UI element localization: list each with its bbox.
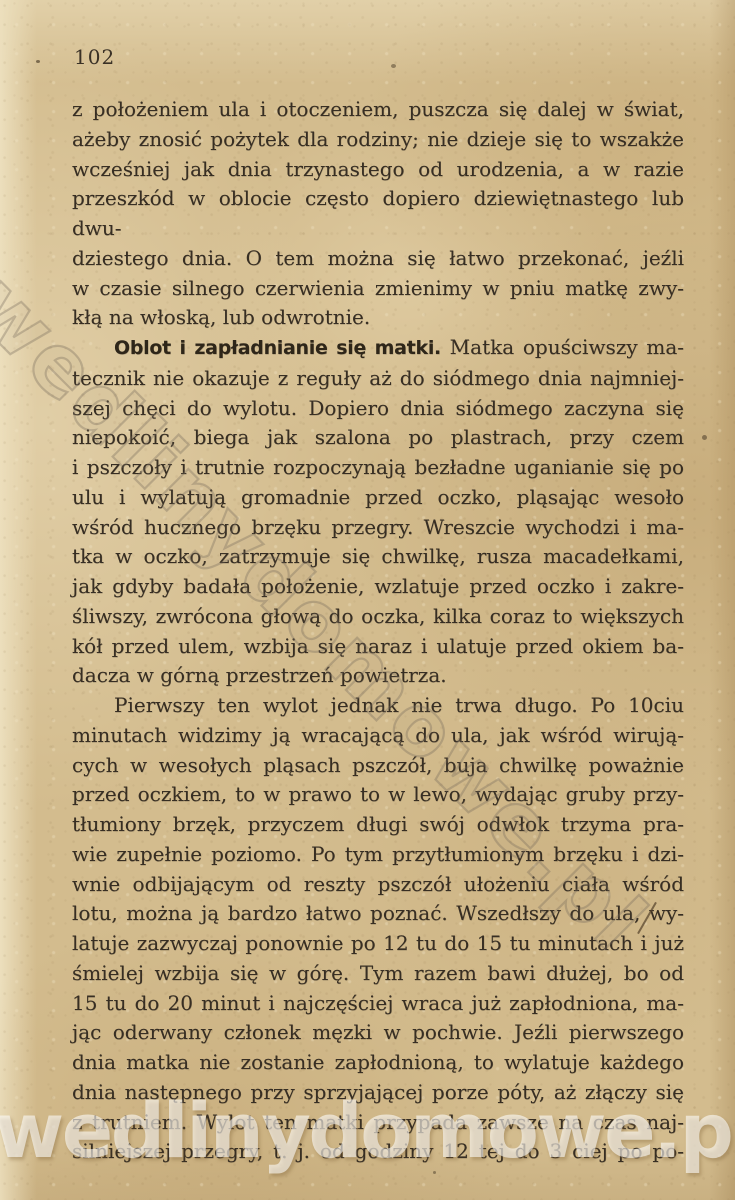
- text-line: wcześniej jak dnia trzynastego od urodze…: [72, 155, 684, 185]
- text-line: dziestego dnia. O tem można się łatwo pr…: [72, 244, 684, 274]
- text-line: z trutniem. Wylot ten matki przypada zaw…: [72, 1108, 684, 1138]
- text-line: silniejszej przegry, t. j. od godziny 12…: [72, 1137, 684, 1167]
- text-line: i pszczoły i trutnie rozpoczynają bezład…: [72, 453, 684, 483]
- text-line: jak gdyby badała położenie, wzlatuje prz…: [72, 572, 684, 602]
- paper-speck: [702, 435, 707, 440]
- text-line: dnia matka nie zostanie zapłodnioną, to …: [72, 1048, 684, 1078]
- text-line: przed oczkiem, to w prawo to w lewo, wyd…: [72, 780, 684, 810]
- text-column: z położeniem ula i otoczeniem, puszcza s…: [72, 95, 684, 1167]
- paper-speck: [433, 1171, 436, 1174]
- text-line: dacza w górną przestrzeń powietrza.: [72, 661, 684, 691]
- text-line: z położeniem ula i otoczeniem, puszcza s…: [72, 95, 684, 125]
- text-line: Oblot i zapładnianie się matki. Matka op…: [72, 333, 684, 364]
- text-line: śliwszy, zwrócona głową do oczka, kilka …: [72, 602, 684, 632]
- text-line: lotu, można ją bardzo łatwo poznać. Wsze…: [72, 899, 684, 929]
- text-line: minutach widzimy ją wracającą do ula, ja…: [72, 721, 684, 751]
- paragraph: Pierwszy ten wylot jednak nie trwa długo…: [72, 691, 684, 1167]
- text-line: tka w oczko, zatrzymuje się chwilkę, rus…: [72, 542, 684, 572]
- text-line: tłumiony brzęk, przyczem długi swój odwł…: [72, 810, 684, 840]
- text-line: cych w wesołych pląsach pszczół, buja ch…: [72, 751, 684, 781]
- text-line: dnia następnego przy sprzyjającej porze …: [72, 1078, 684, 1108]
- text-line: latuje zazwyczaj ponownie po 12 tu do 15…: [72, 929, 684, 959]
- section-heading: Oblot i zapładnianie się matki.: [114, 337, 441, 359]
- text-line: kłą na włoską, lub odwrotnie.: [72, 303, 684, 333]
- text-line: Pierwszy ten wylot jednak nie trwa długo…: [72, 691, 684, 721]
- text-line: ażeby znosić pożytek dla rodziny; nie dz…: [72, 125, 684, 155]
- scanned-book-page: 102 z położeniem ula i otoczeniem, puszc…: [0, 0, 735, 1200]
- text-line: szej chęci do wylotu. Dopiero dnia siódm…: [72, 394, 684, 424]
- text-line: niepokoić, biega jak szalona po plastrac…: [72, 423, 684, 453]
- text-line: tecznik nie okazuje z reguły aż do siódm…: [72, 364, 684, 394]
- text-line: wśród hucznego brzęku przegry. Wreszcie …: [72, 513, 684, 543]
- text-line: ulu i wylatują gromadnie przed oczko, pl…: [72, 483, 684, 513]
- paper-speck: [36, 60, 40, 63]
- text-line: w czasie silnego czerwienia zmienimy w p…: [72, 274, 684, 304]
- text-line: 15 tu do 20 minut i najczęściej wraca ju…: [72, 989, 684, 1019]
- text-line: jąc oderwany członek męzki w pochwie. Je…: [72, 1018, 684, 1048]
- text-line: przeszkód w oblocie często dopiero dziew…: [72, 184, 684, 244]
- text-line: wie zupełnie poziomo. Po tym przytłumion…: [72, 840, 684, 870]
- page-number: 102: [74, 45, 115, 69]
- text-line: wnie odbijającym od reszty pszczół ułoże…: [72, 870, 684, 900]
- text-line: śmielej wzbija się w górę. Tym razem baw…: [72, 959, 684, 989]
- paper-speck: [391, 64, 396, 68]
- text-line: kół przed ulem, wzbija się naraz i ulatu…: [72, 632, 684, 662]
- paragraph: Oblot i zapładnianie się matki. Matka op…: [72, 333, 684, 691]
- paragraph: z położeniem ula i otoczeniem, puszcza s…: [72, 95, 684, 333]
